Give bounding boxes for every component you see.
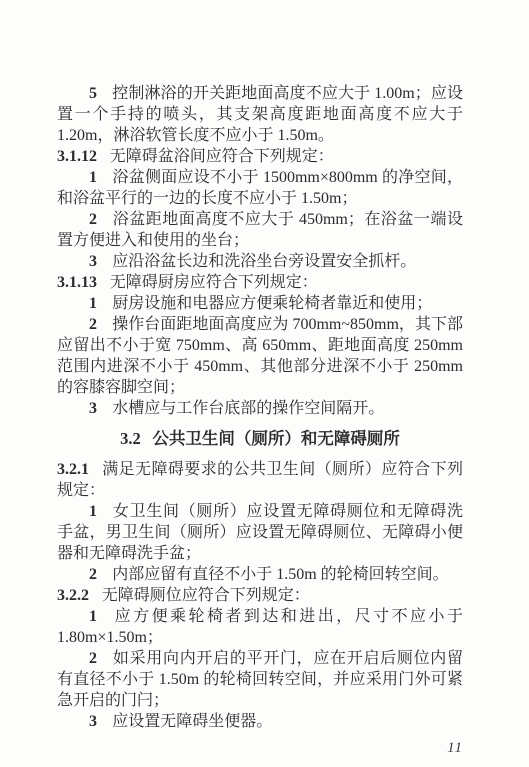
paragraph-number: 2 <box>89 211 97 228</box>
paragraph-text: 女卫生间（厕所）应设置无障碍厕位和无障碍洗手盆，男卫生间（厕所）应设置无障碍厕位… <box>57 503 463 562</box>
paragraph-text: 内部应留有直径不小于 1.50m 的轮椅回转空间。 <box>112 566 448 583</box>
paragraph-number: 3 <box>89 253 97 270</box>
paragraph-number: 3.2.1 <box>57 461 89 478</box>
paragraph-number: 3.2 <box>120 429 141 448</box>
clause-paragraph: 3.2.2无障碍厕位应符合下列规定： <box>57 585 463 606</box>
paragraph-number: 3.1.13 <box>57 274 97 291</box>
item-paragraph: 2内部应留有直径不小于 1.50m 的轮椅回转空间。 <box>57 564 463 585</box>
paragraph-number: 2 <box>89 650 97 667</box>
paragraph-text: 满足无障碍要求的公共卫生间（厕所）应符合下列规定： <box>57 461 463 499</box>
paragraph-text: 如采用向内开启的平开门，应在开启后厕位内留有直径不小于 1.50m 的轮椅回转空… <box>57 650 463 709</box>
paragraph-text: 控制淋浴的开关距地面高度不应大于 1.00m；应设置一个手持的喷头，其支架高度距… <box>57 85 463 144</box>
paragraph-number: 3.1.12 <box>57 148 97 165</box>
paragraph-text: 无障碍盆浴间应符合下列规定： <box>110 148 334 165</box>
paragraph-text: 操作台面距地面高度应为 700mm~850mm，其下部应留出不小于宽 750mm… <box>57 316 463 396</box>
item-paragraph: 1浴盆侧面应设不小于 1500mm×800mm 的净空间，和浴盆平行的一边的长度… <box>57 167 463 209</box>
paragraph-number: 2 <box>89 316 97 333</box>
item-paragraph: 3应设置无障碍坐便器。 <box>57 711 463 732</box>
document-page: 5控制淋浴的开关距地面高度不应大于 1.00m；应设置一个手持的喷头，其支架高度… <box>0 0 529 767</box>
page-content: 5控制淋浴的开关距地面高度不应大于 1.00m；应设置一个手持的喷头，其支架高度… <box>57 83 463 759</box>
paragraph-text: 公共卫生间（厕所）和无障碍厕所 <box>152 429 400 448</box>
paragraph-number: 3.2.2 <box>57 587 89 604</box>
item-paragraph: 3水槽应与工作台底部的操作空间隔开。 <box>57 398 463 419</box>
item-paragraph: 1应方便乘轮椅者到达和进出，尺寸不应小于 1.80m×1.50m； <box>57 606 463 648</box>
item-paragraph: 2浴盆距地面高度不应大于 450mm；在浴盆一端设置方便进入和使用的坐台； <box>57 209 463 251</box>
paragraph-number: 1 <box>89 295 97 312</box>
item-paragraph: 3应沿浴盆长边和洗浴坐台旁设置安全抓杆。 <box>57 251 463 272</box>
paragraph-text: 浴盆侧面应设不小于 1500mm×800mm 的净空间，和浴盆平行的一边的长度不… <box>57 169 463 207</box>
clause-paragraph: 3.1.12无障碍盆浴间应符合下列规定： <box>57 146 463 167</box>
clause-paragraph: 3.1.13无障碍厨房应符合下列规定： <box>57 272 463 293</box>
paragraph-text: 厨房设施和电器应方便乘轮椅者靠近和使用； <box>112 295 432 312</box>
paragraph-text: 浴盆距地面高度不应大于 450mm；在浴盆一端设置方便进入和使用的坐台； <box>57 211 463 249</box>
item-paragraph: 2如采用向内开启的平开门，应在开启后厕位内留有直径不小于 1.50m 的轮椅回转… <box>57 648 463 711</box>
paragraph-text: 水槽应与工作台底部的操作空间隔开。 <box>112 400 384 417</box>
item-paragraph: 5控制淋浴的开关距地面高度不应大于 1.00m；应设置一个手持的喷头，其支架高度… <box>57 83 463 146</box>
paragraph-number: 1 <box>89 503 97 520</box>
paragraph-text: 应设置无障碍坐便器。 <box>112 713 272 730</box>
paragraph-text: 无障碍厨房应符合下列规定： <box>110 274 318 291</box>
paragraph-number: 3 <box>89 713 97 730</box>
page-number: 11 <box>57 738 463 759</box>
paragraph-number: 2 <box>89 566 97 583</box>
paragraph-number: 1 <box>89 169 97 186</box>
paragraph-text: 应方便乘轮椅者到达和进出，尺寸不应小于 1.80m×1.50m； <box>57 608 463 646</box>
item-paragraph: 1女卫生间（厕所）应设置无障碍厕位和无障碍洗手盆，男卫生间（厕所）应设置无障碍厕… <box>57 501 463 564</box>
item-paragraph: 2操作台面距地面高度应为 700mm~850mm，其下部应留出不小于宽 750m… <box>57 314 463 398</box>
paragraph-text: 无障碍厕位应符合下列规定： <box>102 587 310 604</box>
clause-paragraph: 3.2.1满足无障碍要求的公共卫生间（厕所）应符合下列规定： <box>57 459 463 501</box>
section-heading: 3.2公共卫生间（厕所）和无障碍厕所 <box>57 428 463 449</box>
paragraph-text: 应沿浴盆长边和洗浴坐台旁设置安全抓杆。 <box>112 253 416 270</box>
paragraph-number: 1 <box>89 608 97 625</box>
item-paragraph: 1厨房设施和电器应方便乘轮椅者靠近和使用； <box>57 293 463 314</box>
paragraph-number: 5 <box>89 85 97 102</box>
paragraph-number: 3 <box>89 400 97 417</box>
